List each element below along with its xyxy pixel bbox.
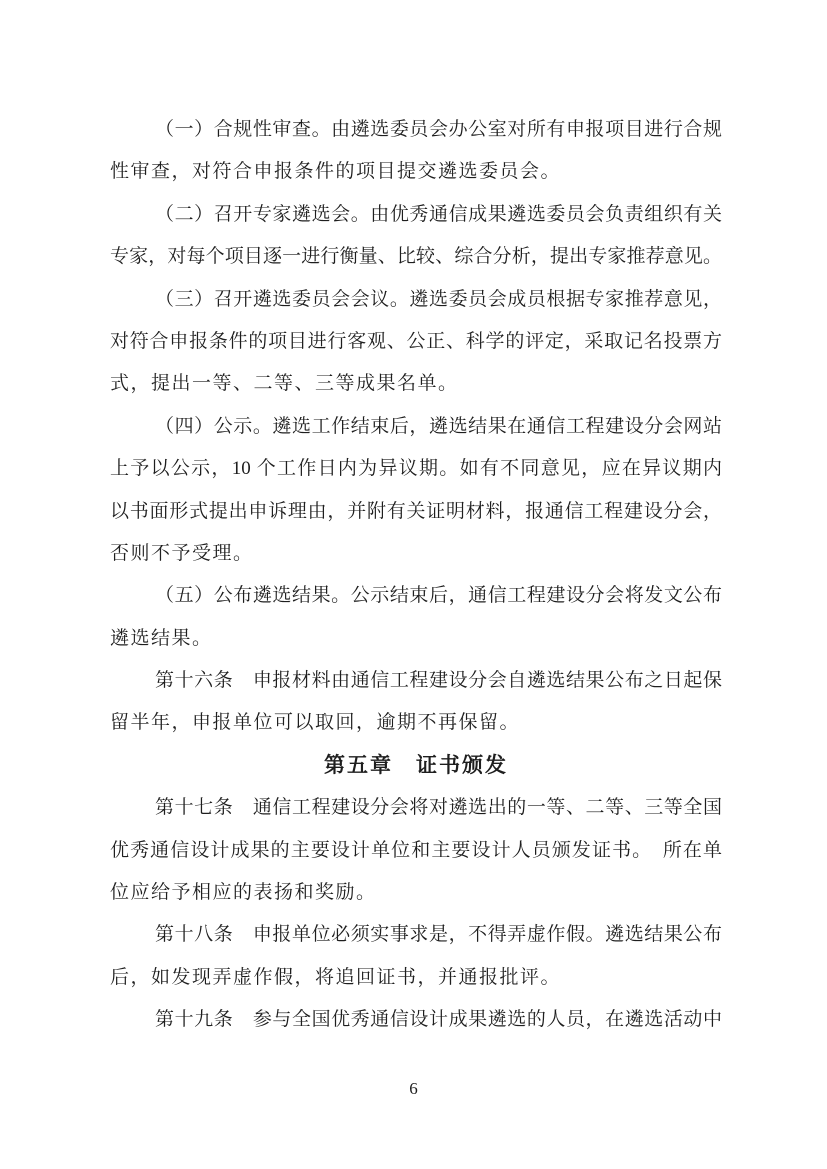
text-line: 第十七条 通信工程建设分会将对遴选出的一等、二等、三等全国 — [110, 787, 722, 829]
text-line: 第十九条 参与全国优秀通信设计成果遴选的人员，在遴选活动中 — [110, 999, 722, 1041]
document-body: （一）合规性审查。由遴选委员会办公室对所有申报项目进行合规性审查，对符合申报条件… — [110, 109, 722, 1042]
page-number: 6 — [0, 1078, 827, 1100]
text-line: （四）公示。遴选工作结束后，遴选结果在通信工程建设分会网站 — [110, 406, 722, 448]
chapter-heading: 第五章 证书颁发 — [110, 745, 722, 787]
document-page: （一）合规性审查。由遴选委员会办公室对所有申报项目进行合规性审查，对符合申报条件… — [0, 0, 827, 1169]
text-line: 第十六条 申报材料由通信工程建设分会自遴选结果公布之日起保 — [110, 660, 722, 702]
text-line: 性审查，对符合申报条件的项目提交遴选委员会。 — [110, 151, 722, 193]
text-line: 否则不予受理。 — [110, 533, 722, 575]
text-line: 后，如发现弄虚作假，将追回证书，并通报批评。 — [110, 957, 722, 999]
text-line: 留半年，申报单位可以取回，逾期不再保留。 — [110, 702, 722, 744]
text-line: （一）合规性审查。由遴选委员会办公室对所有申报项目进行合规 — [110, 109, 722, 151]
text-line: 优秀通信设计成果的主要设计单位和主要设计人员颁发证书。 所在单 — [110, 830, 722, 872]
text-line: 式，提出一等、二等、三等成果名单。 — [110, 363, 722, 405]
text-line: （三）召开遴选委员会会议。遴选委员会成员根据专家推荐意见， — [110, 279, 722, 321]
text-line: 以书面形式提出申诉理由，并附有关证明材料，报通信工程建设分会， — [110, 491, 722, 533]
text-line: （五）公布遴选结果。公示结束后，通信工程建设分会将发文公布 — [110, 575, 722, 617]
text-line: 第十八条 申报单位必须实事求是，不得弄虚作假。遴选结果公布 — [110, 914, 722, 956]
text-line: （二）召开专家遴选会。由优秀通信成果遴选委员会负责组织有关 — [110, 194, 722, 236]
text-line: 对符合申报条件的项目进行客观、公正、科学的评定，采取记名投票方 — [110, 321, 722, 363]
text-line: 遴选结果。 — [110, 618, 722, 660]
text-line: 位应给予相应的表扬和奖励。 — [110, 872, 722, 914]
text-line: 专家，对每个项目逐一进行衡量、比较、综合分析，提出专家推荐意见。 — [110, 236, 722, 278]
text-line: 上予以公示，10 个工作日内为异议期。如有不同意见，应在异议期内 — [110, 448, 722, 490]
